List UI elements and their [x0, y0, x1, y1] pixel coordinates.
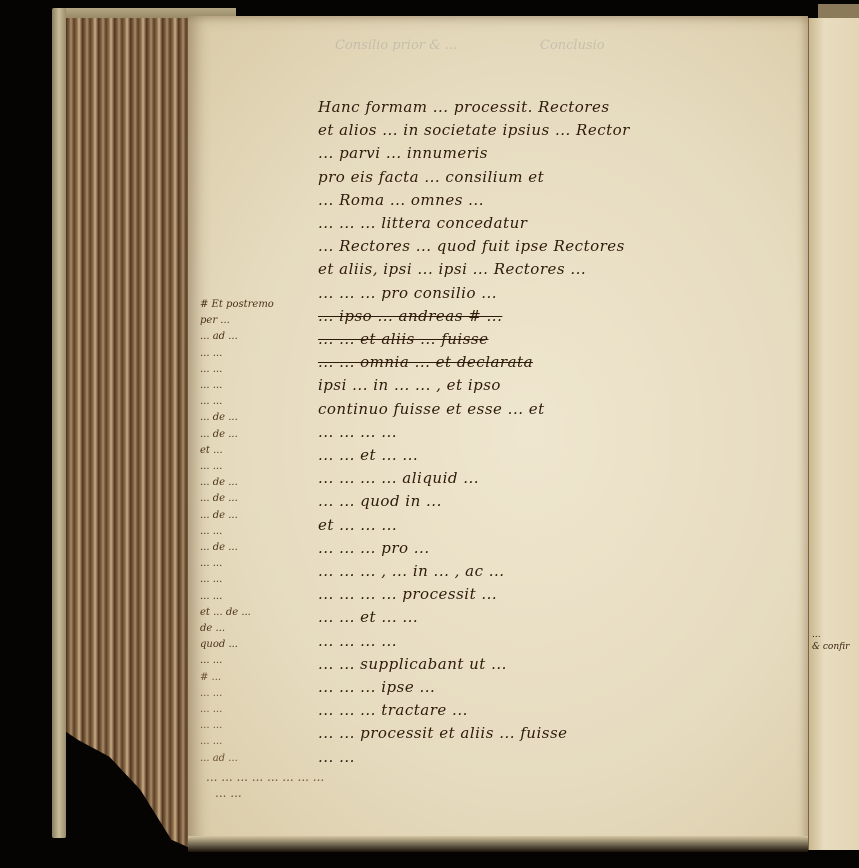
- footer-note-line: ... ...: [215, 786, 242, 800]
- right-margin-note: ...: [812, 630, 821, 640]
- margin-note-line: ... ad ...: [200, 332, 238, 342]
- manuscript-line: ... ...: [318, 750, 355, 765]
- manuscript-line: ... ... et ... ...: [318, 610, 418, 625]
- bleed-through-text: Consilio prior & ...: [335, 38, 457, 53]
- margin-note-line: ... ...: [200, 737, 222, 747]
- margin-note-line: per ...: [200, 316, 230, 326]
- margin-note-line: ... ...: [200, 365, 222, 375]
- manuscript-line: ... ... quod in ...: [318, 494, 442, 509]
- bleed-through-text: Conclusio: [540, 38, 605, 53]
- manuscript-line: ... ... et ... ...: [318, 448, 418, 463]
- manuscript-line: ... ... ... ... processit ...: [318, 587, 497, 602]
- margin-note-line: ... de ...: [200, 511, 238, 521]
- margin-note-line: ... ...: [200, 527, 222, 537]
- margin-note-line: # Et postremo: [200, 300, 274, 310]
- margin-note-line: ... ...: [200, 592, 222, 602]
- manuscript-line: et aliis, ipsi ... ipsi ... Rectores ...: [318, 262, 586, 277]
- manuscript-line: ... ... et aliis ... fuisse: [318, 332, 488, 347]
- manuscript-line: ... Rectores ... quod fuit ipse Rectores: [318, 239, 625, 254]
- margin-note-line: ... ...: [200, 381, 222, 391]
- manuscript-line: ... ... ... pro consilio ...: [318, 286, 497, 301]
- margin-note-line: ... de ...: [200, 494, 238, 504]
- footer-note-line: ... ... ... ... ... ... ... ...: [206, 770, 324, 784]
- margin-note-line: ... ...: [200, 349, 222, 359]
- margin-note-line: ... de ...: [200, 478, 238, 488]
- manuscript-line: ... parvi ... innumeris: [318, 146, 488, 161]
- margin-note-line: ... de ...: [200, 413, 238, 423]
- manuscript-line: ... ... ... pro ...: [318, 541, 430, 556]
- manuscript-line: ... ... ... ipse ...: [318, 680, 435, 695]
- right-margin-note: & confir: [812, 642, 849, 652]
- manuscript-line: ... ... supplicabant ut ...: [318, 657, 507, 672]
- manuscript-line: pro eis facta ... consilium et: [318, 170, 544, 185]
- manuscript-line: ... ... ... ...: [318, 425, 397, 440]
- manuscript-line: ... ... ... ... aliquid ...: [318, 471, 479, 486]
- manuscript-line: ... ... omnia ... et declarata: [318, 355, 533, 370]
- manuscript-line: ... ... ... , ... in ... , ac ...: [318, 564, 505, 579]
- manuscript-line: ... ... ... ...: [318, 634, 397, 649]
- margin-note-line: ... ...: [200, 705, 222, 715]
- margin-note-line: et ...: [200, 446, 223, 456]
- margin-note-line: ... ...: [200, 689, 222, 699]
- manuscript-line: ... ... processit et aliis ... fuisse: [318, 726, 568, 741]
- margin-note-line: de ...: [200, 624, 225, 634]
- margin-note-line: quod ...: [200, 640, 238, 650]
- margin-note-line: ... de ...: [200, 543, 238, 553]
- facing-page-edge: [808, 18, 859, 850]
- margin-note-line: ... ...: [200, 462, 222, 472]
- book-cover-left-edge: [52, 8, 66, 838]
- manuscript-line: continuo fuisse et esse ... et: [318, 402, 545, 417]
- margin-note-line: ... ...: [200, 656, 222, 666]
- manuscript-line: ... ipso ... andreas # ...: [318, 309, 502, 324]
- margin-note-line: ... ...: [200, 559, 222, 569]
- margin-note-line: ... ...: [200, 397, 222, 407]
- margin-note-line: ... de ...: [200, 430, 238, 440]
- margin-note-line: # ...: [200, 673, 221, 683]
- manuscript-line: ... ... ... littera concedatur: [318, 216, 527, 231]
- manuscript-line: ... ... ... tractare ...: [318, 703, 468, 718]
- manuscript-line: ipsi ... in ... ... , et ipso: [318, 378, 501, 393]
- manuscript-line: et alios ... in societate ipsius ... Rec…: [318, 123, 630, 138]
- margin-note-line: et ... de ...: [200, 608, 251, 618]
- manuscript-line: ... Roma ... omnes ...: [318, 193, 484, 208]
- page-bottom-shadow: [188, 836, 808, 852]
- manuscript-line: Hanc formam ... processit. Rectores: [318, 100, 610, 115]
- manuscript-line: et ... ... ...: [318, 518, 397, 533]
- margin-note-line: ... ...: [200, 721, 222, 731]
- margin-note-line: ... ad ...: [200, 754, 238, 764]
- margin-note-line: ... ...: [200, 575, 222, 585]
- page-fore-edges: [66, 18, 190, 848]
